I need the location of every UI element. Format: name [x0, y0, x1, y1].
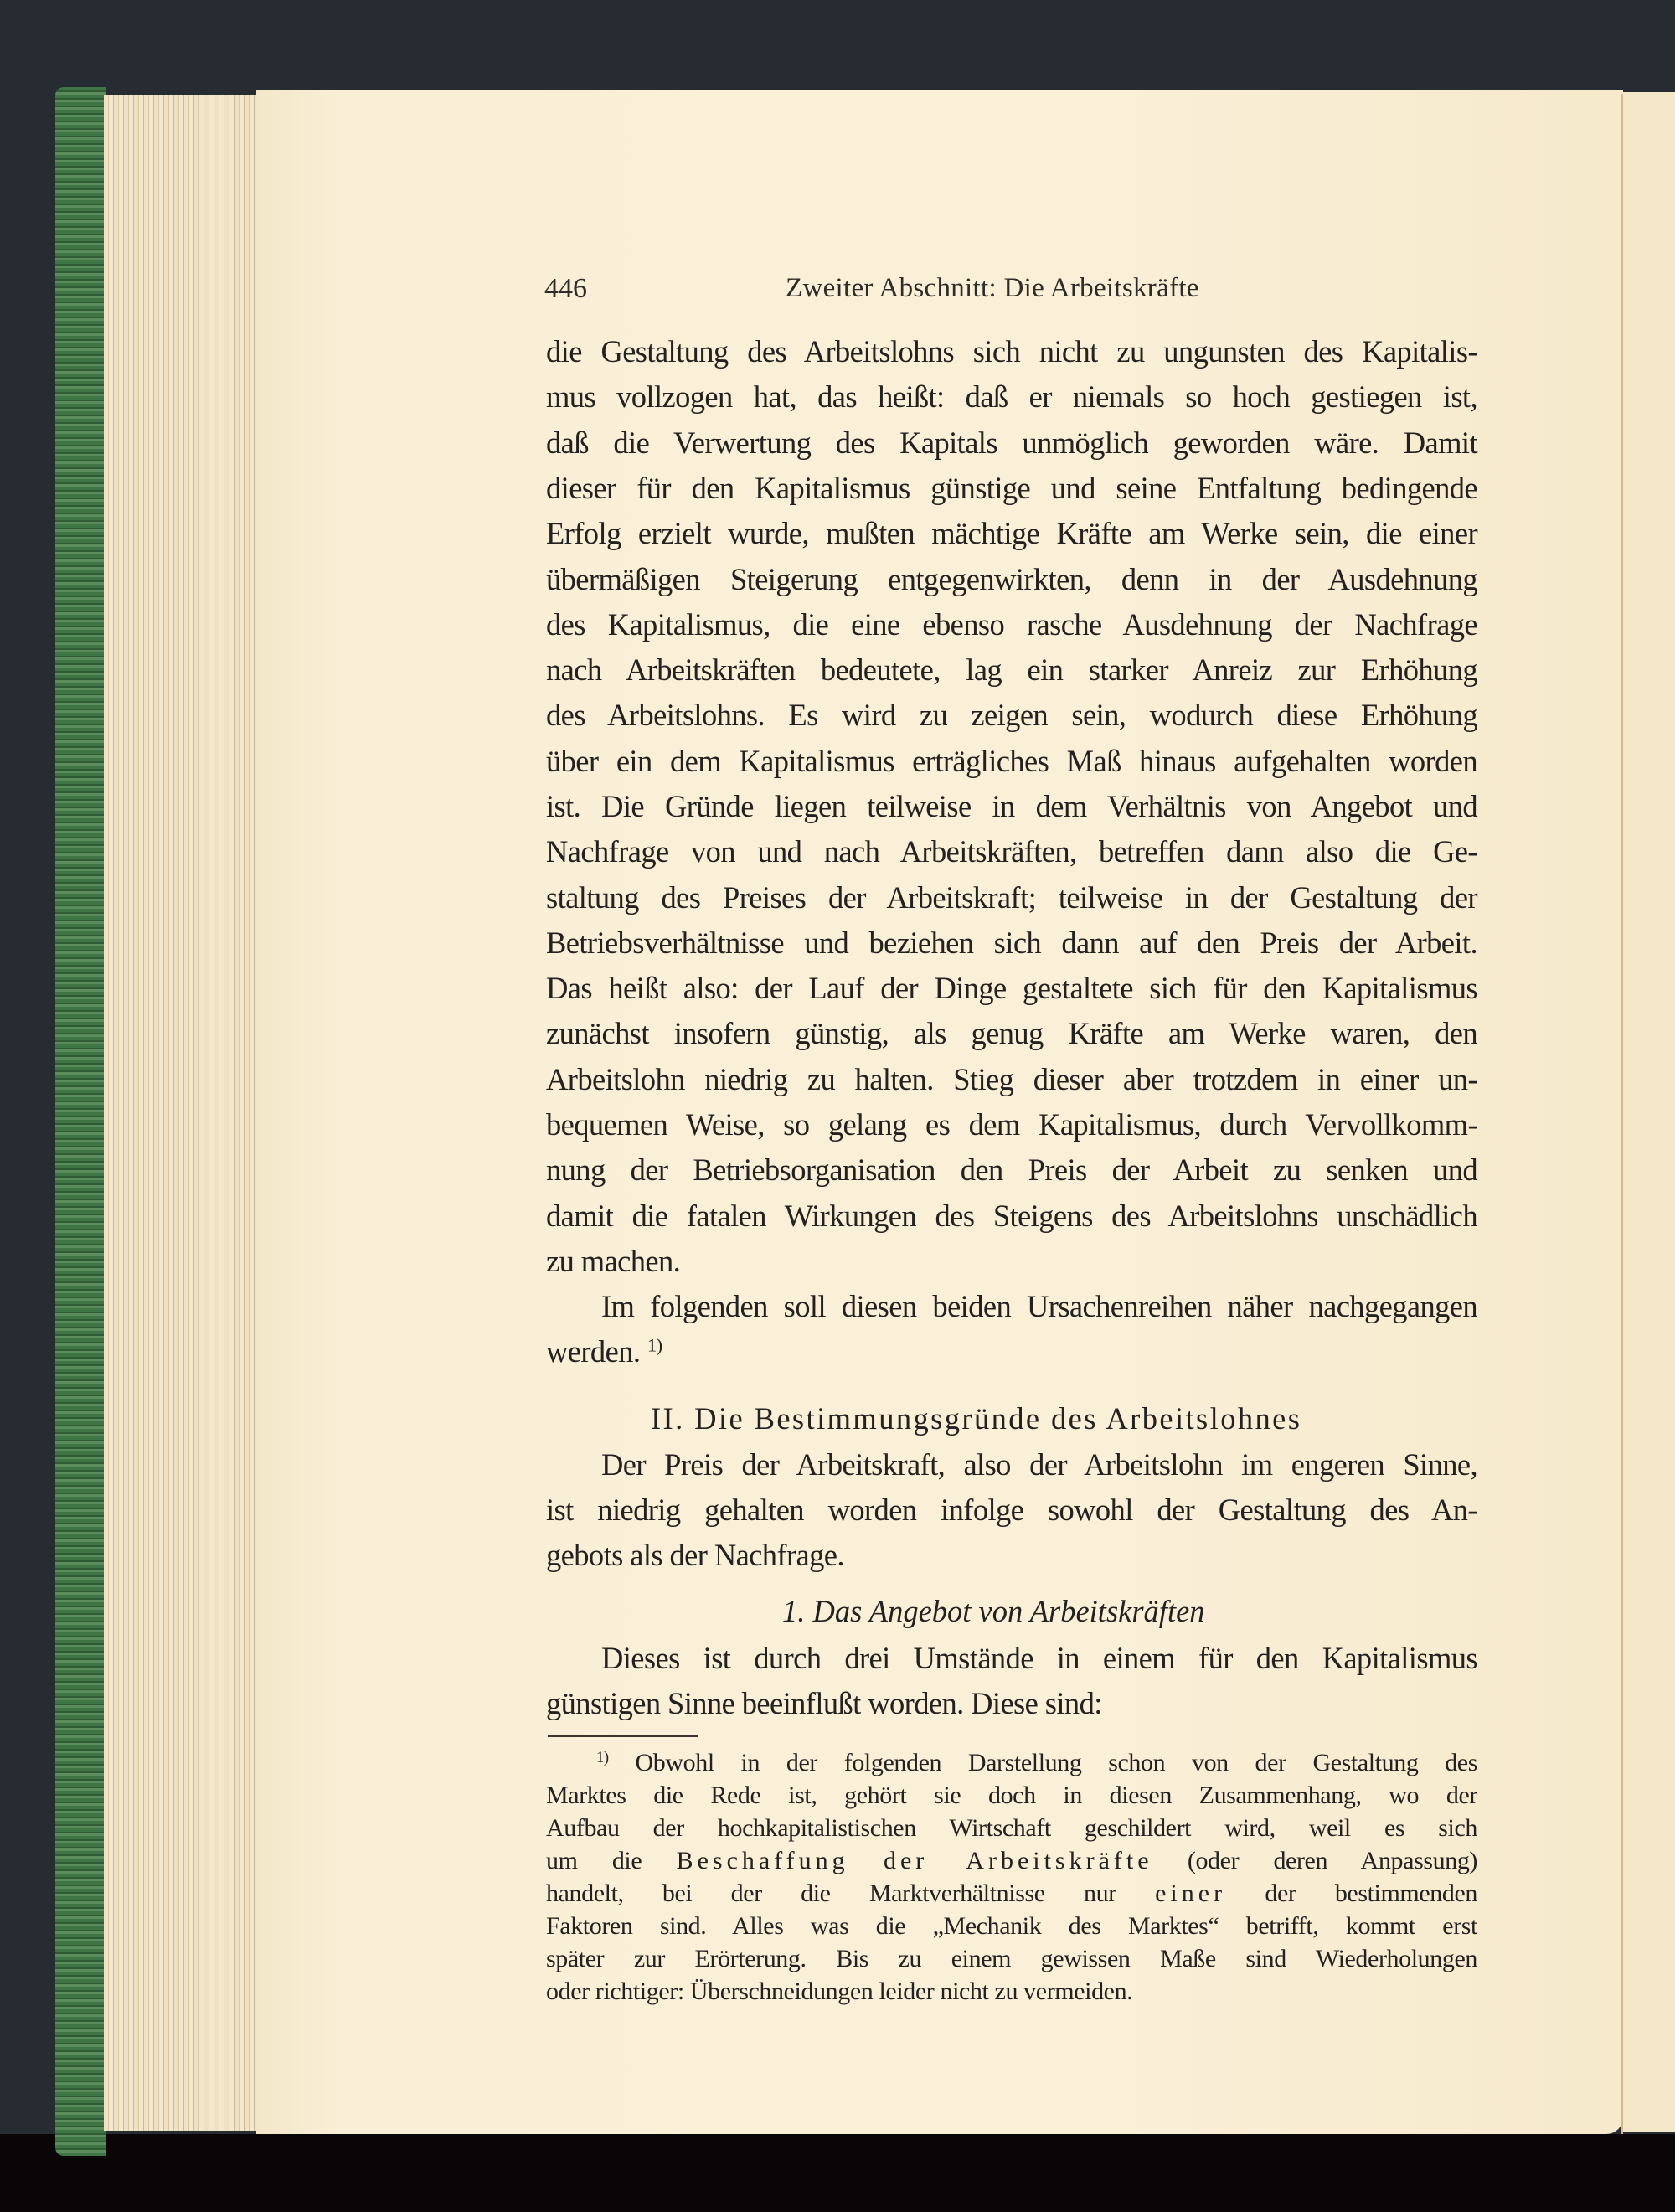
text-line: günstigen Sinne beeinflußt worden. Diese… [546, 1685, 1477, 1727]
text-fragment: Obwohl in der folgenden Darstellung scho… [635, 1749, 1477, 1776]
footnote-reference[interactable]: 1) [647, 1335, 662, 1356]
footnote-rule [548, 1735, 698, 1737]
footnote-line: Aufbau der hochkapitalistischen Wirtscha… [546, 1814, 1477, 1843]
text-fragment: handelt, bei der die Marktverhältnisse n… [546, 1879, 1116, 1907]
page-gutter [1621, 94, 1623, 2134]
emphasis-spaced: Beschaffung [677, 1847, 849, 1874]
text-line: Im folgenden soll diesen beiden Ursachen… [601, 1288, 1477, 1330]
footnote-line: später zur Erörterung. Bis zu einem gewi… [546, 1945, 1477, 1973]
text-line: über ein dem Kapitalismus erträgliches M… [546, 743, 1477, 785]
text-line: Der Preis der Arbeitskraft, also der Arb… [601, 1446, 1477, 1488]
text-line: Erfolg erzielt wurde, mußten mächtige Kr… [546, 515, 1477, 557]
text-line: nach Arbeitskräften bedeutete, lag ein s… [546, 652, 1477, 694]
footnote-line: um die Beschaffung der Arbeitskräfte (od… [546, 1847, 1477, 1875]
emphasis-spaced: einer [1155, 1879, 1226, 1907]
text-line: staltung des Preises der Arbeitskraft; t… [546, 879, 1477, 921]
text-fragment: um die [546, 1847, 642, 1874]
text-line: des Kapitalismus, die eine ebenso rasche… [546, 606, 1477, 648]
text-line: Nachfrage von und nach Arbeitskräften, b… [546, 833, 1477, 875]
table-shadow [0, 2134, 1675, 2212]
footnote-marker: 1) [596, 1749, 609, 1766]
footnote-line: oder richtiger: Überschneidungen leider … [546, 1977, 1477, 2006]
text-fragment: der bestimmenden [1265, 1879, 1477, 1907]
text-line: dieser für den Kapitalismus günstige und… [546, 470, 1477, 512]
text-line: die Gestaltung des Arbeitslohns sich nic… [546, 333, 1477, 375]
footnote-line: Faktoren sind. Alles was die „Mechanik d… [546, 1912, 1477, 1941]
text-line: nung der Betriebsorganisation den Preis … [546, 1152, 1477, 1194]
text-line: ist. Die Gründe liegen teilweise in dem … [546, 788, 1477, 830]
footnote-line: Marktes die Rede ist, gehört sie doch in… [546, 1781, 1477, 1810]
text-line: daß die Verwertung des Kapitals unmöglic… [546, 425, 1477, 467]
running-header: 446 Zweiter Abschnitt: Die Arbeitskräfte [544, 273, 1478, 310]
text-line: Dieses ist durch drei Umstände in einem … [601, 1640, 1477, 1682]
text-line: Betriebsverhältnisse und beziehen sich d… [546, 925, 1477, 967]
text-line: Das heißt also: der Lauf der Dinge gesta… [546, 970, 1477, 1012]
page-stack-edges [104, 95, 260, 2131]
text-line: zunächst insofern günstig, als genug Krä… [546, 1015, 1477, 1057]
text-line: gebots als der Nachfrage. [546, 1537, 1477, 1579]
footnote-line: 1) Obwohl in der folgenden Darstellung s… [596, 1749, 1477, 1777]
text-line: werden. 1) [546, 1333, 1477, 1375]
page-number: 446 [544, 273, 587, 305]
text-fragment: werden. [546, 1334, 640, 1369]
text-line: des Arbeitslohns. Es wird zu zeigen sein… [546, 697, 1477, 739]
book-spine-cloth [55, 87, 106, 2156]
section-heading: II. Die Bestimmungsgründe des Arbeitsloh… [651, 1400, 1301, 1436]
text-line: ist niedrig gehalten worden infolge sowo… [546, 1492, 1477, 1534]
text-line: Arbeitslohn niedrig zu halten. Stieg die… [546, 1061, 1477, 1103]
text-line: zu machen. [546, 1243, 1477, 1285]
subsection-heading: 1. Das Angebot von Arbeitskräften [782, 1593, 1205, 1629]
facing-page-edge [1623, 92, 1675, 2132]
text-line: übermäßigen Steigerung entgegenwirkten, … [546, 561, 1477, 603]
text-line: mus vollzogen hat, das heißt: daß er nie… [546, 379, 1477, 420]
text-line: bequemen Weise, so gelang es dem Kapital… [546, 1106, 1477, 1148]
footnote-line: handelt, bei der die Marktverhältnisse n… [546, 1879, 1477, 1908]
running-title: Zweiter Abschnitt: Die Arbeitskräfte [786, 273, 1199, 304]
text-fragment: (oder deren Anpassung) [1188, 1847, 1477, 1874]
emphasis-spaced: der Arbeitskräfte [884, 1847, 1153, 1874]
text-line: damit die fatalen Wirkungen des Steigens… [546, 1198, 1477, 1240]
